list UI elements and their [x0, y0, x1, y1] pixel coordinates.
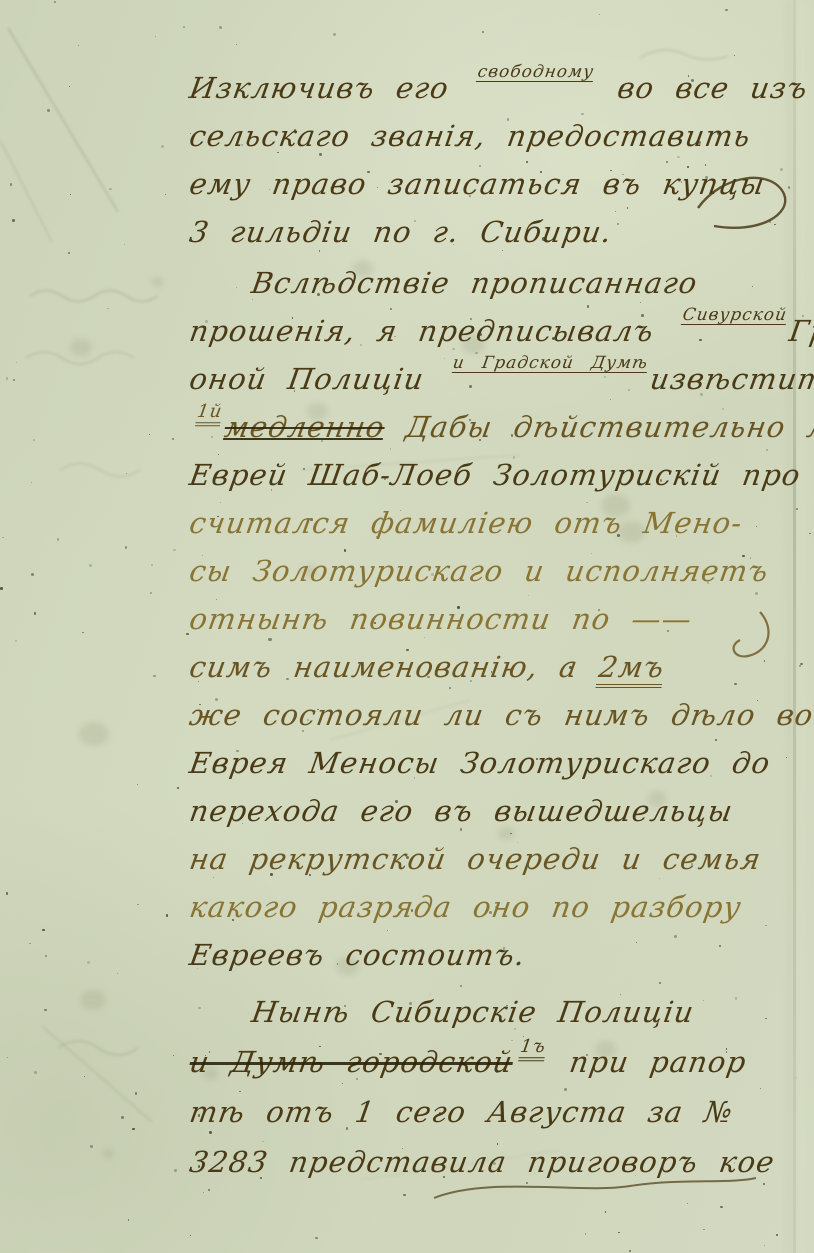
- manuscript-line: Евреевъ состоитъ.: [186, 931, 814, 979]
- manuscript-line: 3283 представила приговоръ кое: [186, 1137, 814, 1187]
- interlinear-insertion: свободному: [476, 63, 595, 82]
- foxing-speck: [107, 308, 108, 309]
- foxing-speck: [172, 438, 174, 440]
- handwritten-text: Вслѣдствіе прописаннаго: [249, 266, 700, 300]
- foxing-speck: [0, 587, 3, 590]
- manuscript-line: тѣ отъ 1 сего Августа за №: [186, 1087, 814, 1137]
- handwritten-text: сы Золотурискаго и исполняетъ: [187, 554, 771, 588]
- paper-blotch: [81, 990, 105, 1010]
- foxing-speck: [12, 219, 15, 222]
- manuscript-line: оной Полиціи и Градской Думѣизвѣстить ем…: [186, 355, 814, 403]
- foxing-speck: [109, 188, 111, 190]
- foxing-speck: [125, 546, 127, 548]
- handwritten-text: Еврей Шаб-Лоеб Золотурискій про: [187, 458, 803, 492]
- handwritten-text: какого разряда оно по разбору: [187, 890, 744, 924]
- foxing-speck: [173, 549, 175, 551]
- foxing-speck: [6, 892, 9, 895]
- handwritten-text: извѣстить ему: [648, 362, 814, 396]
- foxing-speck: [7, 1057, 8, 1058]
- foxing-speck: [68, 252, 70, 254]
- foxing-speck: [84, 1076, 85, 1077]
- manuscript-line: сы Золотурискаго и исполняетъ: [186, 547, 814, 595]
- foxing-speck: [121, 1116, 124, 1119]
- foxing-speck: [126, 473, 128, 475]
- handwritten-text: отнынѣ повинности по ——: [187, 602, 695, 636]
- handwritten-text: на рекрутской очереди и семья: [187, 842, 764, 876]
- manuscript-line: Нынѣ Сибирскіе Полиціи: [186, 987, 814, 1037]
- manuscript-text: Изключивъ его свободному во все изъ здѣш…: [186, 0, 808, 1253]
- foxing-speck: [70, 194, 71, 195]
- manuscript-line: Еврея Меносы Золотурискаго до: [186, 739, 814, 787]
- foxing-speck: [82, 632, 84, 634]
- foxing-speck: [47, 109, 50, 112]
- foxing-speck: [31, 482, 32, 483]
- handwritten-text: перехода его въ вышедшельцы: [187, 794, 736, 828]
- foxing-speck: [153, 675, 156, 678]
- foxing-speck: [78, 45, 79, 46]
- paper-blotch: [103, 1149, 114, 1158]
- foxing-speck: [10, 183, 13, 186]
- foxing-speck: [44, 1009, 46, 1011]
- paper-blotch: [70, 339, 92, 357]
- foxing-speck: [34, 612, 36, 614]
- paragraph: Нынѣ Сибирскіе Полиціии Думѣ городской1ъ…: [186, 987, 808, 1187]
- manuscript-line: Вслѣдствіе прописаннаго: [186, 259, 814, 307]
- manuscript-line: какого разряда оно по разбору: [186, 883, 814, 931]
- document-page: Изключивъ его свободному во все изъ здѣш…: [0, 0, 814, 1253]
- interlinear-insertion: Сивурской: [681, 306, 788, 325]
- manuscript-line: считался фамиліею отъ Мено-: [186, 499, 814, 547]
- foxing-speck: [2, 537, 3, 538]
- foxing-speck: [34, 1071, 37, 1074]
- manuscript-line: ему право записаться въ купцы: [186, 160, 814, 208]
- handwritten-text: считался фамиліею отъ Мено-: [187, 506, 745, 540]
- foxing-speck: [165, 194, 166, 195]
- foxing-speck: [155, 36, 156, 37]
- foxing-speck: [54, 1, 56, 3]
- foxing-speck: [69, 86, 70, 87]
- foxing-speck: [33, 439, 35, 441]
- foxing-speck: [16, 362, 18, 364]
- foxing-speck: [161, 145, 164, 148]
- foxing-speck: [42, 929, 44, 931]
- handwritten-text: Град-: [787, 314, 814, 348]
- handwritten-text: Нынѣ Сибирскіе Полиціи: [249, 995, 697, 1029]
- foxing-speck: [57, 538, 60, 541]
- foxing-speck: [137, 904, 139, 906]
- foxing-speck: [15, 640, 17, 642]
- manuscript-line: Изключивъ его свободному во все изъ здѣш…: [186, 64, 814, 112]
- handwritten-text: симъ наименованію, а: [187, 650, 602, 684]
- handwritten-text: Дабы дѣйствительно ли: [382, 410, 814, 444]
- foxing-speck: [166, 914, 169, 917]
- interlinear-insertion: и Градской Думѣ: [451, 354, 649, 373]
- manuscript-line: и Думѣ городской1ъ при рапор: [186, 1037, 814, 1087]
- handwritten-text: оной Полиціи: [187, 362, 448, 396]
- foxing-speck: [150, 592, 152, 594]
- foxing-speck: [124, 244, 125, 245]
- paper-blotch: [151, 277, 163, 287]
- interlinear-insertion: 1й: [195, 403, 224, 426]
- handwritten-text: при рапор: [546, 1045, 749, 1079]
- paper-blotch: [79, 722, 109, 746]
- manuscript-line: Еврей Шаб-Лоеб Золотурискій про: [186, 451, 814, 499]
- handwritten-text: 2мъ: [596, 650, 667, 688]
- manuscript-line: на рекрутской очереди и семья: [186, 835, 814, 883]
- handwritten-text: сельскаго званія, предоставить: [187, 119, 753, 153]
- foxing-speck: [149, 434, 150, 435]
- foxing-speck: [90, 1145, 93, 1148]
- handwritten-text: ему право записаться въ купцы: [187, 167, 768, 201]
- handwritten-text: 3 гильдіи по г. Сибири.: [187, 215, 615, 249]
- manuscript-line: перехода его въ вышедшельцы: [186, 787, 814, 835]
- foxing-speck: [6, 377, 9, 380]
- handwritten-text: тѣ отъ 1 сего Августа за №: [187, 1095, 736, 1129]
- foxing-speck: [45, 955, 47, 957]
- struck-text: медленно: [222, 410, 387, 444]
- handwritten-text: Евреевъ состоитъ.: [187, 938, 528, 972]
- paragraph: Вслѣдствіе прописаннагопрошенія, я предп…: [186, 259, 808, 979]
- manuscript-line: 1ймедленно Дабы дѣйствительно ли: [186, 403, 814, 451]
- foxing-speck: [177, 787, 180, 790]
- struck-text: и Думѣ городской: [187, 1045, 515, 1079]
- manuscript-line: симъ наименованію, а 2мъ: [186, 643, 814, 691]
- foxing-speck: [89, 564, 92, 567]
- foxing-speck: [174, 1169, 176, 1171]
- foxing-speck: [13, 379, 15, 381]
- foxing-speck: [135, 1092, 138, 1095]
- handwritten-text: во все изъ здѣшне: [594, 71, 814, 105]
- foxing-speck: [183, 26, 186, 29]
- foxing-speck: [132, 1128, 135, 1131]
- handwritten-text: прошенія, я предписывалъ: [187, 314, 678, 348]
- interlinear-insertion: 1ъ: [518, 1038, 547, 1061]
- manuscript-line: 3 гильдіи по г. Сибири.: [186, 208, 814, 256]
- handwritten-text: 3283 представила приговоръ кое: [187, 1145, 777, 1179]
- manuscript-line: сельскаго званія, предоставить: [186, 112, 814, 160]
- handwritten-text: же состояли ли съ нимъ дѣло во: [187, 698, 814, 732]
- paragraph: Изключивъ его свободному во все изъ здѣш…: [186, 64, 808, 256]
- foxing-speck: [31, 573, 34, 576]
- foxing-speck: [137, 784, 138, 785]
- foxing-speck: [173, 1055, 174, 1056]
- foxing-speck: [128, 1219, 130, 1221]
- manuscript-line: отнынѣ повинности по ——: [186, 595, 814, 643]
- foxing-speck: [117, 973, 118, 974]
- handwritten-text: Еврея Меносы Золотурискаго до: [187, 746, 773, 780]
- foxing-speck: [29, 943, 31, 945]
- manuscript-line: прошенія, я предписывалъ СивурскойГрад-: [186, 307, 814, 355]
- manuscript-line: же состояли ли съ нимъ дѣло во: [186, 691, 814, 739]
- foxing-speck: [151, 564, 153, 566]
- foxing-speck: [87, 961, 90, 964]
- handwritten-text: Изключивъ его: [187, 71, 473, 105]
